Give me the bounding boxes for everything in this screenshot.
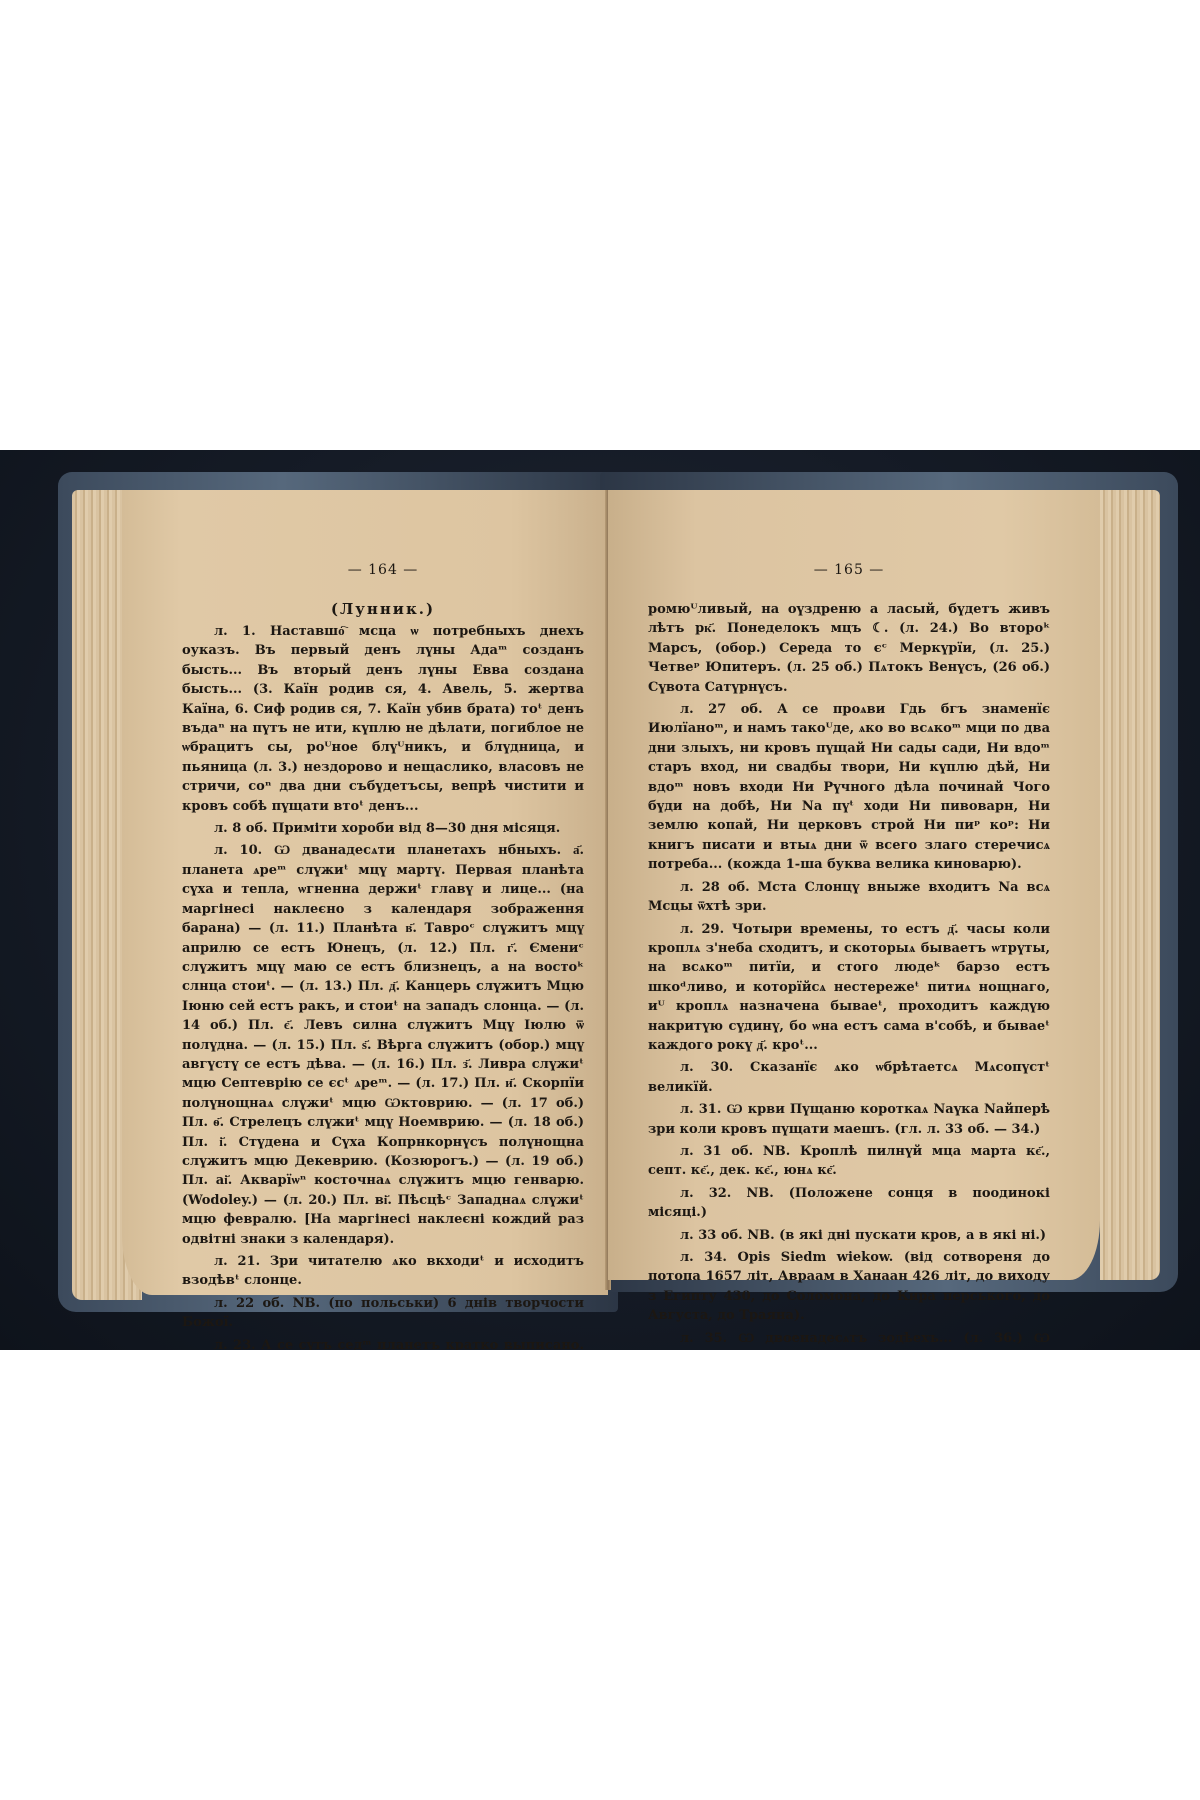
book-photo: — 164 — (Лунник.) л. 1. Наставшо҇ мсца ѡ… bbox=[0, 450, 1200, 1350]
paragraph: л. 23. А се сүтъ седᵐ планетъ кратко вып… bbox=[182, 1336, 584, 1350]
paragraph: л. 30. Сказанїє ѧко ѡбрѣтаетсѧ Мѧсопүстᵗ… bbox=[648, 1058, 1050, 1097]
page-164: — 164 — (Лунник.) л. 1. Наставшо҇ мсца ѡ… bbox=[122, 490, 608, 1295]
page-edges-right bbox=[1100, 490, 1160, 1280]
paragraph: л. 10. Ѡ дванадесѧти планетахъ нбныхъ. а… bbox=[182, 841, 584, 1249]
paragraph: л. 31 об. NB. Кроплѣ пилнүй мца марта кє… bbox=[648, 1142, 1050, 1181]
paragraph: л. 34. Opis Siedm wiekow. (від сотвореня… bbox=[648, 1248, 1050, 1326]
paragraph: л. 29. Чотыри времены, то естъ д҃. часы … bbox=[648, 920, 1050, 1056]
paragraph: л. 21. Зри читателю ѧко вкходиᵗ и исходи… bbox=[182, 1252, 584, 1291]
paragraph: л. 32. NB. (Положене сонця в поодинокі м… bbox=[648, 1184, 1050, 1223]
paragraph: л. 22 об. NB. (по польськи) 6 днів творч… bbox=[182, 1294, 584, 1333]
paragraph: л. 8 об. Приміти хороби від 8—30 дня міс… bbox=[182, 819, 584, 838]
paragraph: л. 1. Наставшо҇ мсца ѡ потребныхъ днехъ … bbox=[182, 622, 584, 816]
paragraph: л. 27 об. А се проѧви Гдь бгъ знаменїє И… bbox=[648, 700, 1050, 875]
page-number: — 165 — bbox=[648, 562, 1050, 578]
paragraph: ромюᵂливый, на оүздреню а ласый, бүдетъ … bbox=[648, 600, 1050, 697]
paragraph: л. 31. Ѡ крви Пүщаню короткаѧ Naүка Naйп… bbox=[648, 1100, 1050, 1139]
page-165: — 165 — ромюᵂливый, на оүздреню а ласый,… bbox=[608, 490, 1100, 1280]
page-number: — 164 — bbox=[182, 562, 584, 578]
section-title: (Лунник.) bbox=[182, 600, 584, 618]
paragraph: л. 35. Ѡ двоенадесѧтъ зодѣехъ... (л. 36.… bbox=[648, 1329, 1050, 1350]
paragraph: л. 28 об. Мста Слонцү вныже входитъ Na в… bbox=[648, 878, 1050, 917]
paragraph: л. 33 об. NB. (в які дні пускати кров, а… bbox=[648, 1226, 1050, 1245]
